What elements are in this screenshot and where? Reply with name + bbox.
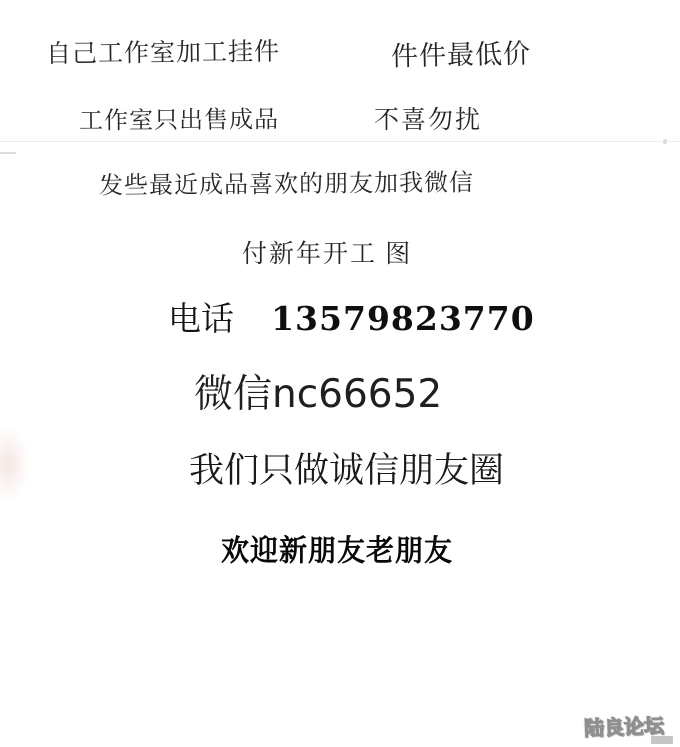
phone-label: 电话: [168, 293, 234, 340]
handwritten-line-no-disturb: 不喜勿扰: [374, 100, 482, 136]
handwritten-line-lowest-price: 件件最低价: [391, 32, 532, 74]
corner-gray-block: [651, 736, 673, 744]
handwritten-line-add-wechat: 发些最近成品喜欢的朋友加我微信: [99, 162, 474, 200]
handwritten-line-new-year-photos: 付新年开工 图: [242, 234, 412, 270]
promo-notice-image: 自己工作室加工挂件 件件最低价 工作室只出售成品 不喜勿扰 发些最近成品喜欢的朋…: [0, 0, 680, 747]
wechat-id: 微信nc66652: [194, 363, 442, 419]
stitch-seam-speck: [663, 139, 667, 144]
left-edge-smudge: [0, 425, 30, 503]
stitch-seam-left-fragment: [0, 152, 16, 154]
handwritten-line-workshop-pendants: 自己工作室加工挂件: [46, 32, 280, 70]
slogan-welcome: 欢迎新朋友老朋友: [221, 528, 453, 570]
phone-number: 13579823770: [271, 299, 535, 338]
phone-line: 电话 13579823770: [168, 293, 535, 340]
stitch-seam-line: [0, 141, 680, 142]
slogan-honesty: 我们只做诚信朋友圈: [189, 443, 504, 493]
handwritten-line-finished-goods-only: 工作室只出售成品: [79, 99, 279, 135]
